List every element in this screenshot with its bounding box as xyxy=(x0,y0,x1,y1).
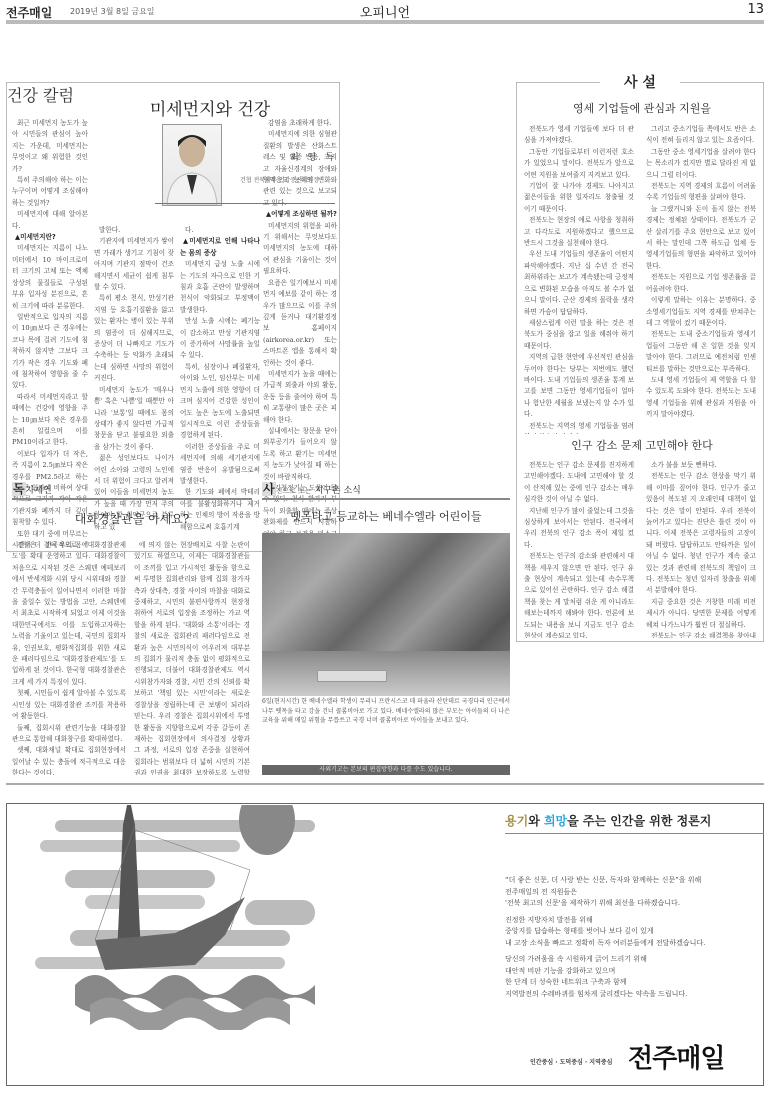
editorial2-col-2: 소가 불을 보듯 뻔하다. 전북도는 인구 감소 현상을 막기 위해 이마를 짚… xyxy=(646,460,756,638)
reader-col-1: 경찰은 전국적으로 '대화경찰관제도'를 확대 운영하고 있다. 대화경찰이 처… xyxy=(12,540,126,775)
paragraph: 다. xyxy=(180,225,260,236)
ad-headline: 용기와 희망을 주는 인간을 위한 정론지 xyxy=(505,812,711,829)
reader-article-title: 대화경찰관을 아세요? xyxy=(12,510,252,527)
line: 한 단계 더 성숙한 네트워크 구축과 함께 xyxy=(505,978,627,986)
disclaimer-bar: 사외기고는 본보의 편집방향과 다를 수도 있습니다. xyxy=(262,765,510,775)
paragraph: 그동안 중소 영세기업을 살려야 한다는 목소리가 컸지만 별로 달라진 게 없… xyxy=(646,147,756,181)
health-article-title: 미세먼지와 건강 xyxy=(80,95,340,120)
paragraph: 미세먼지의 위험을 피하기 위해서는 무엇보다도 미세먼지의 농도에 대하여 관… xyxy=(263,221,337,278)
subheading: ▲어떻게 조심하면 될까? xyxy=(263,209,337,220)
paragraph: 미세먼지는 지름이 나노미터에서 10 마이크로미터 크기의 고체 또는 액체 … xyxy=(12,243,88,311)
paragraph: 셋째, 대화채널 확대로 집회현장에서 일어날 수 있는 충돌에 적극적으로 대… xyxy=(12,745,126,775)
line: 중앙지를 답습하는 형태를 벗어나 보다 깊이 있게 xyxy=(505,927,654,935)
paragraph: 전북도는 지역의 영세 기업들을 염려하지 않으면 안된다. xyxy=(524,421,634,434)
raft xyxy=(317,670,387,682)
paragraph: 지난해 인구가 많이 줄었는데 그것을 심상하게 보아서는 안된다. 전국에서 … xyxy=(524,506,634,552)
paragraph: 실내에서는 창문을 닫아 외부공기가 들어오지 않도록 하고 환기는 미세먼지 … xyxy=(263,426,337,483)
editorial-title-1: 영세 기업들에 관심과 지원을 xyxy=(520,100,764,116)
paragraph: 그동안 기업들로부터 이런저런 호소가 있었으니 말이다. 전북도가 앞으로 어… xyxy=(524,147,634,181)
section-initial: 사 xyxy=(262,482,276,496)
section-initial: 독 xyxy=(12,482,26,496)
headline-text: 을 주는 인간을 위한 정론지 xyxy=(567,814,711,828)
photo-article-title: 뗏목타고 등교하는 베네수엘라 어린이들 xyxy=(262,508,510,524)
reader-col-2: 에 띄지 않는 현장배치로 사찰 논란이 있기도 하였으나, 이제는 대화경찰관… xyxy=(134,540,250,775)
paragraph: 미세먼지에 대해 알아본다. xyxy=(12,209,88,232)
paragraph: 최근 미세먼지 농도가 높아 시민들의 관심이 높아지는 가운데, 미세먼지는 … xyxy=(12,118,88,175)
headline-blue-word: 희망 xyxy=(544,814,567,828)
paragraph: 발한다. xyxy=(94,225,174,236)
photo-section-header: 사진으로 보는 지구촌 소식 xyxy=(262,480,510,500)
paragraph: 경찰은 전국적으로 '대화경찰관제도'를 확대 운영하고 있다. 대화경찰이 처… xyxy=(12,540,126,688)
paragraph: 우선 도내 기업들의 생존율이 어떤지 파악해야겠다. 지난 십 수년 간 전국… xyxy=(524,249,634,317)
line: 내 고장 소식을 빠르고 정확히 독자 여러분들에게 전달하겠습니다. xyxy=(505,939,705,947)
ad-divider xyxy=(505,833,764,834)
editorial1-col-1: 전북도가 영세 기업들에 보다 더 관심을 가져야겠다. 그동안 기업들로부터 … xyxy=(524,124,634,434)
subheading: ▲미세먼지란? xyxy=(12,232,88,243)
line: 지역발전의 수레바퀴를 힘차게 굴리겠다는 약속을 드립니다. xyxy=(505,990,687,998)
editorial2-col-1: 전북도는 인구 감소 문제를 진지하게 고민해야겠다. 도내에 고민해야 할 것… xyxy=(524,460,634,638)
reader-section-header: 독자제언 xyxy=(12,480,252,500)
paragraph: 미세먼지가 높을 때에는 가급적 외출과 야외 활동, 운동 등을 줄여야 하며… xyxy=(263,369,337,426)
paragraph: 특히 주의해야 하는 이는 누구이며 어떻게 조심해야 하는 것일까? xyxy=(12,175,88,209)
ad-paragraph-3: 당신의 가려움을 속 시원하게 긁어 드리기 위해대안적 비판 기능을 강화하고… xyxy=(505,954,765,1000)
line: 당신의 가려움을 속 시원하게 긁어 드리기 위해 xyxy=(505,955,647,963)
newspaper-logo: 전주매일 xyxy=(628,1038,724,1075)
paragraph: 전북도는 인구 감소 문제를 진지하게 고민해야겠다. 도내에 고민해야 할 것… xyxy=(524,460,634,506)
paragraph: 감염을 초래하게 한다. xyxy=(263,118,337,129)
editorial-title-2: 인구 감소 문제 고민해야 한다 xyxy=(520,437,764,453)
photo-caption: 6일(현지시간) 한 베네수엘라 학생이 무리니 프란시스코 데 파울라 산탄데… xyxy=(262,697,510,726)
paragraph: 기업이 잘 나가야 경제도 나아지고 젊은이들을 위한 일자리도 창출될 것이기… xyxy=(524,181,634,215)
paragraph: 따라서 미세먼지라고 할 때에는 건강에 영향을 주는 10㎛보다 작은 경우를… xyxy=(12,392,88,449)
paragraph: 도내 영세 기업들이 제 역할을 다 할 수 있도록 도와야 한다. 전북도는 … xyxy=(646,375,756,421)
paragraph: 둘째, 집회시위 관련기능을 대화경찰관으로 통합해 대화창구를 확대하였다. xyxy=(12,723,126,746)
paragraph: 전북도는 지역 경제의 흐름이 어려울수록 기업들의 형편을 살펴야 한다. xyxy=(646,181,756,204)
line: 대안적 비판 기능을 강화하고 있으며 xyxy=(505,967,615,975)
paragraph: 지금 중요한 것은 거창한 미래 비전 제시가 아니다. 당면한 문제를 어떻게… xyxy=(646,597,756,631)
paragraph: 소가 불을 보듯 뻔하다. xyxy=(646,460,756,471)
paragraph: 전북도는 인구 감소 해결책을 찾아내야 한다. 그렇지 않으면 지금의 183… xyxy=(646,631,756,638)
sailboat-illustration-icon xyxy=(35,805,325,1030)
section-separator xyxy=(6,783,764,785)
line: “더 좋은 신문, 더 사랑 받는 신문, 독자와 함께하는 신문”을 위해 xyxy=(505,876,701,884)
line: 진정한 지방자치 발전을 위해 xyxy=(505,916,593,924)
paragraph: 만성 노출 시에는 폐기능이 감소하고 만성 기관지염이 증가하여 사망률을 높… xyxy=(180,316,260,362)
section-title: 오피니언 xyxy=(6,2,764,21)
paragraph: 첫째, 시민들이 쉽게 알아볼 수 있도록 시인성 있는 대화경찰관 조끼를 착… xyxy=(12,688,126,722)
paragraph: 늘 그랬거니와 돈이 돌지 않는 전북 경제는 정체된 상태이다. 전북도가 군… xyxy=(646,204,756,272)
paragraph: 새삼스럽게 이런 말을 하는 것은 전북도가 중심을 잡고 일을 해줘야 하기 … xyxy=(524,318,634,352)
editorial-label: 사 설 xyxy=(600,72,680,92)
subheading: ▲미세먼지로 인해 나타나는 몸의 증상 xyxy=(180,236,260,259)
paragraph: 기관지에 미세먼지가 쌓이면 가래가 생기고 기침이 잦아지며 기관지 점막이 … xyxy=(94,236,174,293)
paragraph: 그리고 중소기업들 쪽에서도 반은 소식이 전혀 들리지 않고 있는 요즘이다. xyxy=(646,124,756,147)
ad-paragraph-1: “더 좋은 신문, 더 사랑 받는 신문, 독자와 함께하는 신문”을 위해전주… xyxy=(505,875,765,910)
paragraph: 특히 평소 천식, 만성기관지염 등 호흡기질환을 앓고 있는 환자는 병이 있… xyxy=(94,293,174,384)
paragraph: 이렇게 말하는 이유는 분명하다. 중소영세기업들도 지역 경제를 받쳐주는데 … xyxy=(646,295,756,329)
ad-body: “더 좋은 신문, 더 사랑 받는 신문, 독자와 함께하는 신문”을 위해전주… xyxy=(505,875,765,1005)
paragraph: 특히, 심장이나 폐질환자, 아이와 노인, 임산부는 미세먼지 노출에 의한 … xyxy=(180,362,260,442)
masthead-rule xyxy=(6,20,764,24)
paragraph: 전북도는 인구의 감소와 관련해서 대책을 세우지 않으면 안 된다. 인구 유… xyxy=(524,551,634,638)
ad-slogan: 인간중심 · 도덕중심 · 지역중심 xyxy=(530,1057,612,1066)
paragraph: 전북도는 지원으로 기업 생존률을 끌어올려야 한다. xyxy=(646,272,756,295)
ad-paragraph-2: 진정한 지방자치 발전을 위해중앙지를 답습하는 형태를 벗어나 보다 깊이 있… xyxy=(505,915,765,950)
paragraph: 에 띄지 않는 현장배치로 사찰 논란이 있기도 하였으나, 이제는 대화경찰관… xyxy=(134,540,250,775)
paragraph: 전북도는 현장의 애로 사항을 청취하고 다각도로 지원하겠다고 했으므로 반드… xyxy=(524,215,634,249)
author-photo xyxy=(162,124,222,206)
paragraph: 전북도는 도내 중소기업들과 영세기업들이 그동안 해 온 일한 것을 잊지 말… xyxy=(646,329,756,375)
paragraph: 미세먼지 농도가 '매우나쁨' 혹은 '나쁨'일 때뿐만 아니라 '보통'일 때… xyxy=(94,385,174,453)
page-number: 13 xyxy=(747,2,764,17)
section-label: 지구촌 소식 xyxy=(312,486,361,496)
paragraph: 미세먼지 급성 노출 시에는 기도의 자극으로 인한 기침과 호흡 곤란이 발생… xyxy=(180,259,260,316)
paragraph: 전북도는 인구 감소 현상을 막기 위해 이마를 짚어야 한다. 인구가 줄고 … xyxy=(646,471,756,596)
section-label: 자제언 xyxy=(26,486,52,496)
paragraph: 전북도가 영세 기업들에 보다 더 관심을 가져야겠다. xyxy=(524,124,634,147)
paragraph: 미세먼지에 의한 심혈관질환의 발생은 산화스트레스 및 염증 반응, 그리고 … xyxy=(263,129,337,209)
news-photo xyxy=(262,533,510,696)
line: '전북 최고의 신문'을 제작하기 위해 최선을 다하겠습니다. xyxy=(505,899,680,907)
headline-text: 와 xyxy=(528,814,544,828)
section-label-small: 진으로 보는 xyxy=(276,487,312,495)
person-portrait-icon xyxy=(163,125,221,205)
line: 전주매일의 전 직원들은 xyxy=(505,888,577,896)
headline-gold-word: 용기 xyxy=(505,814,528,828)
paragraph: 일반적으로 입자의 지름이 10㎛보다 큰 경우에는 코나 목에 걸려 기도에 … xyxy=(12,312,88,392)
paragraph: 지역의 급한 현안에 우선적인 관심을 두어야 한다는 당부는 저번에도 했던 … xyxy=(524,352,634,420)
paragraph: 요즘은 일기예보시 미세먼지 예보를 같이 하는 경우가 많으므로 이를 주의 … xyxy=(263,278,337,369)
editorial1-col-2: 그리고 중소기업들 쪽에서도 반은 소식이 전혀 들리지 않고 있는 요즘이다.… xyxy=(646,124,756,434)
